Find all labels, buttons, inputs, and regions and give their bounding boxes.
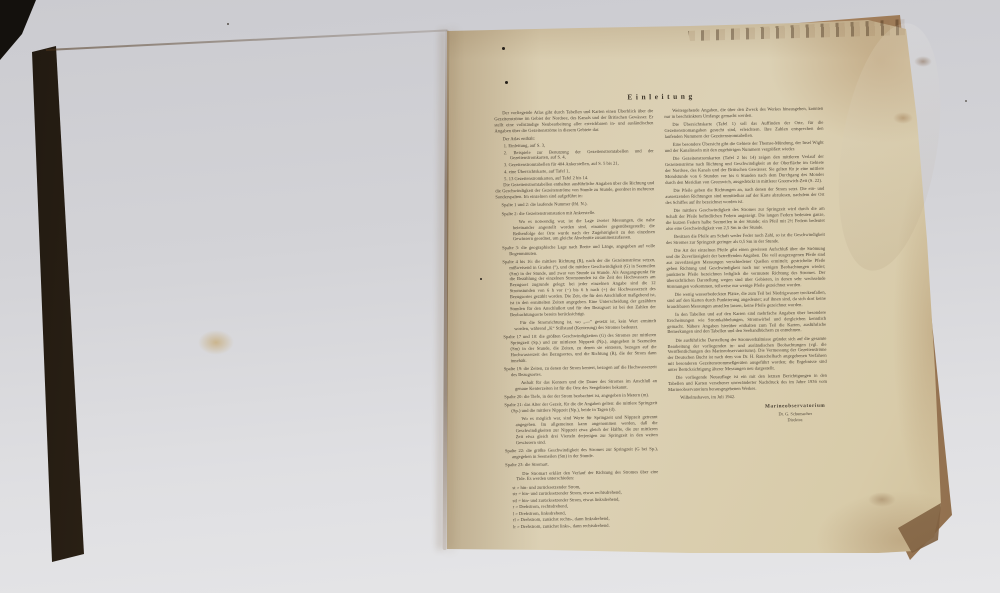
foxing-spot: [893, 112, 913, 124]
paragraph: Die Stromart erklärt den Verlauf der Ric…: [499, 469, 658, 483]
paragraph: In den Tabellen und auf den Karten sind …: [667, 309, 826, 335]
paragraph: Spalte 20: die Tiefe, in der der Strom b…: [498, 392, 657, 400]
paragraph: Weitergehende Angaben, die über den Zwec…: [664, 106, 823, 120]
left-column: Der vorliegende Atlas gibt durch Tabelle…: [494, 108, 659, 531]
right-column-paragraphs: Weitergehende Angaben, die über den Zwec…: [664, 106, 827, 394]
paragraph: Spalte 2: die Gezeitenstromstation mit A…: [496, 209, 655, 217]
paragraph: Spalte 17 und 18: die größten Geschwindi…: [497, 332, 656, 364]
ink-speck: [480, 278, 482, 280]
paper-crease: [823, 16, 956, 278]
paragraph: Die Gezeitenstromtabellen enthalten ausf…: [495, 181, 654, 201]
paragraph: Spalte 21: das Alter der Gezeit, für die…: [498, 400, 657, 414]
paper-stain: [198, 330, 234, 355]
paragraph: Eine besondere Übersicht gibt die Gebiet…: [665, 140, 824, 154]
foxing-spot: [868, 492, 896, 507]
signature-role: Direktor.: [765, 417, 825, 424]
paragraph: Die wenig wasserbedeckten Plätze, die zu…: [667, 289, 826, 309]
photo-of-open-book: Einleitung Der vorliegende Atlas gibt du…: [0, 0, 1000, 593]
ink-speck: [505, 81, 508, 84]
left-page-top-edge: [46, 29, 448, 51]
paragraph: Spalte 3: die geographische Lage nach Br…: [496, 243, 655, 257]
paragraph: Die vorliegende Neuauflage ist ein mit d…: [668, 373, 827, 393]
paragraph: Wo es möglich war, sind Werte für Spring…: [498, 415, 657, 447]
dust-speck: [965, 100, 967, 102]
two-column-text: Der vorliegende Atlas gibt durch Tabelle…: [494, 106, 835, 531]
paragraph: Spalte 22: die größte Geschwindigkeit de…: [499, 446, 658, 460]
dust-speck: [227, 23, 229, 25]
paragraph: Spalte 4 bis 16: die mittlere Richtung (…: [496, 257, 656, 319]
ink-speck: [502, 47, 505, 50]
paragraph: Die mittlere Geschwindigkeit des Stromes…: [666, 206, 825, 232]
signature-block: Marineobservatorium Dr. G. Schumacher Di…: [668, 403, 827, 424]
paragraph: Spalte 1 und 2: die laufende Nummer (lfd…: [495, 201, 654, 209]
paragraph: Der vorliegende Atlas gibt durch Tabelle…: [494, 108, 653, 134]
paragraph: Die Übersichtskarte (Tafel 1) soll das A…: [664, 120, 823, 140]
paragraph: Wo es notwendig war, ist die Lage zweier…: [496, 217, 655, 243]
paragraph: Für die Stromrichtung ist, wo „—“ gesetz…: [497, 318, 656, 332]
dateline: Wilhelmshaven, im Juli 1942.: [668, 393, 827, 401]
paragraph: Die Gezeitenstromkarten (Tafel 2 bis 14)…: [665, 154, 824, 186]
foxing-spot: [914, 56, 932, 67]
paragraph: Besitzen die Pfeile am Schaft weder Fede…: [666, 232, 825, 246]
paragraph: Die Pfeile geben die Richtungen an, nach…: [665, 186, 824, 206]
paragraph: Anhalt für das Kentern und die Dauer des…: [498, 378, 657, 392]
paragraph: Spalte 19: die Zeiten, zu denen der Stro…: [498, 364, 657, 378]
page-title: Einleitung: [494, 90, 829, 105]
paragraph: Die ausführliche Darstellung der Stromve…: [667, 335, 826, 373]
right-column: Weitergehende Angaben, die über den Zwec…: [664, 106, 829, 529]
book-gutter: [443, 30, 450, 550]
paragraph: 2. Beispiele zur Benutzung der Gezeitens…: [495, 148, 654, 162]
paragraph: Spalte 23: die Stromart.: [499, 460, 658, 468]
printed-text-block: Einleitung Der vorliegende Atlas gibt du…: [494, 90, 835, 531]
paragraph: lr = Drehstrom, zunächst links-, dann re…: [500, 522, 659, 530]
paragraph: Die Art der einzelnen Pfeile gibt einen …: [666, 246, 826, 290]
signature-organization: Marineobservatorium: [765, 403, 825, 411]
